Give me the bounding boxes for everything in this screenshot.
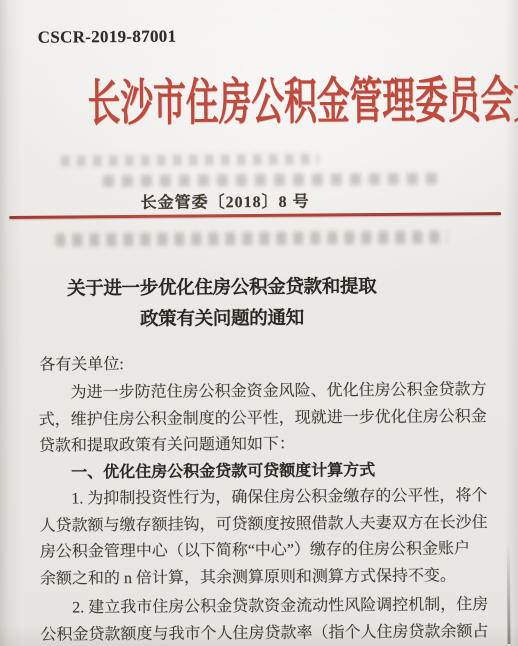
notice-title-line1: 关于进一步优化住房公积金贷款和提取 [0, 270, 444, 304]
bleed-through-text [103, 173, 441, 188]
doc-code: CSCR-2019-87001 [38, 27, 177, 48]
notice-title: 关于进一步优化住房公积金贷款和提取 政策有关问题的通知 [0, 270, 444, 335]
salutation: 各有关单位: [39, 351, 124, 375]
page-fold-shadow [507, 543, 511, 644]
notice-title-line2: 政策有关问题的通知 [0, 301, 444, 335]
bleed-through-text [55, 231, 447, 247]
bleed-through-text [61, 154, 319, 167]
paragraph-item-2: 2. 建立我市住房公积金贷款资金流动性风险调控机制，住房 公积金贷款额度与我市个… [40, 592, 490, 646]
body-text: 为进一步防范住房公积金资金风险、优化住房公积金贷款方 式，维护住房公积金制度的公… [38, 377, 490, 646]
paragraph-item-1: 1. 为抑制投资性行为，确保住房公积金缴存的公平性，将个 人贷款额与缴存额挂钩，… [39, 483, 490, 593]
doc-number: 长金管委〔2018〕8 号 [0, 187, 451, 214]
paper-sheet: CSCR-2019-87001 长沙市住房公积金管理委员会文件 长金管委〔201… [0, 0, 518, 646]
red-header-title: 长沙市住房公积金管理委员会文件 [87, 73, 427, 132]
scanned-document-photo: CSCR-2019-87001 长沙市住房公积金管理委员会文件 长金管委〔201… [0, 0, 518, 646]
paragraph-intro: 为进一步防范住房公积金资金风险、优化住房公积金贷款方 式，维护住房公积金制度的公… [38, 377, 489, 460]
paragraph-section-heading: 一、优化住房公积金贷款可贷额度计算方式 [39, 457, 489, 487]
